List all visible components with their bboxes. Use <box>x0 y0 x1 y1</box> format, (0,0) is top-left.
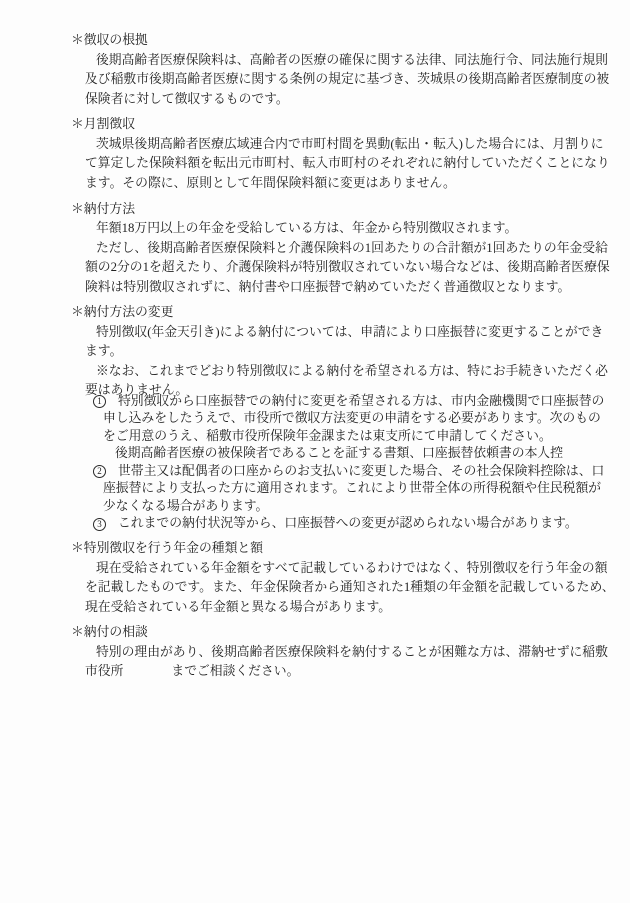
section-title: 特別徴収を行う年金の種類と額 <box>84 541 263 555</box>
line-text: 保険者に対して徴収するものです。 <box>85 92 289 106</box>
section-heading: ＊特別徴収を行う年金の種類と額 <box>71 539 630 559</box>
section-1: ＊徴収の根拠後期高齢者医療保険料は、高齢者の医療の確保に関する法律、同法施行令、… <box>0 31 630 109</box>
line-text-part: までご相談ください。 <box>171 664 299 678</box>
text-line: ます。 <box>85 342 630 362</box>
text-line: 保険者に対して徴収するものです。 <box>85 90 630 110</box>
line-text: 年額18万円以上の年金を受給している方は、年金から特別徴収されます。 <box>96 221 517 235</box>
line-text: 険料は特別徴収されずに、納付書や口座振替で納めていただく普通徴収となります。 <box>85 280 570 294</box>
section-marker: ＊ <box>71 623 84 643</box>
text-line: 年額18万円以上の年金を受給している方は、年金から特別徴収されます。 <box>96 219 630 239</box>
text-line: 2世帯主又は配偶者の口座からのお支払いに変更した場合、その社会保険料控除は、口 <box>93 463 630 481</box>
section-marker: ＊ <box>71 31 84 51</box>
text-line: 特別徴収(年金天引き)による納付については、申請により口座振替に変更することがで… <box>96 323 630 343</box>
text-line: 現在受給されている年金額と異なる場合があります。 <box>85 598 630 618</box>
line-text-part: 市役所 <box>85 664 123 678</box>
blank-space <box>123 674 171 675</box>
text-line: を記載したものです。また、年金保険者から通知された1種類の年金額を記載しているた… <box>85 578 630 598</box>
circled-number: 2 <box>93 465 106 478</box>
text-line: 特別の理由があり、後期高齢者医療保険料を納付することが困難な方は、滞納せずに稲敷 <box>96 643 630 663</box>
section-marker: ＊ <box>71 303 84 323</box>
section-marker: ＊ <box>71 115 84 135</box>
section-title: 徴収の根拠 <box>84 33 148 47</box>
line-text: 特別徴収(年金天引き)による納付については、申請により口座振替に変更することがで… <box>96 325 603 339</box>
section-marker: ＊ <box>71 539 84 559</box>
text-line: 及び稲敷市後期高齢者医療に関する条例の規定に基づき、茨城県の後期高齢者医療制度の… <box>85 70 630 90</box>
text-line: をご用意のうえ、稲敷市役所保険年金課または東支所にて申請してください。 <box>103 428 630 446</box>
text-line: ます。その際に、原則として年間保険料額に変更はありません。 <box>85 174 630 194</box>
section-heading: ＊納付方法の変更 <box>71 303 630 323</box>
line-text: て算定した保険料額を転出元市町村、転入市町村のそれぞれに納付していただくことにな… <box>85 156 610 170</box>
line-text: を記載したものです。また、年金保険者から通知された1種類の年金額を記載しているた… <box>85 580 615 594</box>
text-line: 険料は特別徴収されずに、納付書や口座振替で納めていただく普通徴収となります。 <box>85 278 630 298</box>
section-2: ＊月割徴収茨城県後期高齢者医療広域連合内で市町村間を異動(転出・転入)した場合に… <box>0 115 630 193</box>
line-text: 申し込みをしたうえで、市役所で徴収方法変更の申請をする必要があります。次のもの <box>103 411 601 425</box>
line-text: 後期高齢者医療の被保険者であることを証する書類、口座振替依頼書の本人控 <box>115 446 563 460</box>
circled-number: 1 <box>93 395 106 408</box>
text-line: 座振替により支払った方に適用されます。これにより世帯全体の所得税額や住民税額が <box>103 480 630 498</box>
section-title: 納付方法の変更 <box>84 305 174 319</box>
line-text: 茨城県後期高齢者医療広域連合内で市町村間を異動(転出・転入)した場合には、月割り… <box>96 137 604 151</box>
text-line: 1特別徴収から口座振替での納付に変更を希望される方は、市内金融機関で口座振替の <box>93 393 630 411</box>
section-6: ＊納付の相談特別の理由があり、後期高齢者医療保険料を納付することが困難な方は、滞… <box>0 623 630 682</box>
text-line: 後期高齢者医療保険料は、高齢者の医療の確保に関する法律、同法施行令、同法施行規則 <box>96 51 630 71</box>
line-text: 特別徴収から口座振替での納付に変更を希望される方は、市内金融機関で口座振替の <box>118 394 604 408</box>
line-text: ただし、後期高齢者医療保険料と介護保険料の1回あたりの合計額が1回あたりの年金受… <box>96 241 608 255</box>
text-line: 3これまでの納付状況等から、口座振替への変更が認められない場合があります。 <box>93 515 630 533</box>
line-text: ※なお、これまでどおり特別徴収による納付を希望される方は、特にお手続きいただく必 <box>96 364 608 378</box>
line-text: 少なくなる場合があります。 <box>103 499 268 513</box>
text-line: 後期高齢者医療の被保険者であることを証する書類、口座振替依頼書の本人控 <box>115 445 630 463</box>
section-heading: ＊納付方法 <box>71 200 630 220</box>
section-title: 納付方法 <box>84 202 135 216</box>
text-line: て算定した保険料額を転出元市町村、転入市町村のそれぞれに納付していただくことにな… <box>85 154 630 174</box>
text-line: 茨城県後期高齢者医療広域連合内で市町村間を異動(転出・転入)した場合には、月割り… <box>96 135 630 155</box>
line-text: 現在受給されている年金額をすべて記載しているわけではなく、特別徴収を行う年金の額 <box>96 561 607 575</box>
line-text: 後期高齢者医療保険料は、高齢者の医療の確保に関する法律、同法施行令、同法施行規則 <box>96 53 608 67</box>
section-marker: ＊ <box>71 200 84 220</box>
section-3: ＊納付方法年額18万円以上の年金を受給している方は、年金から特別徴収されます。た… <box>0 200 630 298</box>
line-text: をご用意のうえ、稲敷市役所保険年金課または東支所にて申請してください。 <box>103 429 552 443</box>
line-text: 座振替により支払った方に適用されます。これにより世帯全体の所得税額や住民税額が <box>103 481 601 495</box>
section-heading: ＊月割徴収 <box>71 115 630 135</box>
section-title: 納付の相談 <box>84 625 148 639</box>
section-heading: ＊徴収の根拠 <box>71 31 630 51</box>
section-5: ＊特別徴収を行う年金の種類と額現在受給されている年金額をすべて記載しているわけで… <box>0 539 630 617</box>
text-line: 額の2分の1を超えたり、介護保険料が特別徴収されていない場合などは、後期高齢者医… <box>85 258 630 278</box>
text-line: 少なくなる場合があります。 <box>103 498 630 516</box>
text-line: 市役所までご相談ください。 <box>85 662 630 682</box>
line-text: 特別の理由があり、後期高齢者医療保険料を納付することが困難な方は、滞納せずに稲敷 <box>96 645 608 659</box>
section-4: ＊納付方法の変更特別徴収(年金天引き)による納付については、申請により口座振替に… <box>0 303 630 533</box>
text-line: ※なお、これまでどおり特別徴収による納付を希望される方は、特にお手続きいただく必 <box>96 362 630 382</box>
line-text: ます。 <box>85 344 122 358</box>
circled-number: 3 <box>93 518 106 531</box>
document-page: ＊徴収の根拠後期高齢者医療保険料は、高齢者の医療の確保に関する法律、同法施行令、… <box>0 0 630 903</box>
text-line: 申し込みをしたうえで、市役所で徴収方法変更の申請をする必要があります。次のもの <box>103 410 630 428</box>
section-heading: ＊納付の相談 <box>71 623 630 643</box>
line-text: ます。その際に、原則として年間保険料額に変更はありません。 <box>85 176 456 190</box>
text-line: ただし、後期高齢者医療保険料と介護保険料の1回あたりの合計額が1回あたりの年金受… <box>96 239 630 259</box>
section-title: 月割徴収 <box>84 117 135 131</box>
line-text: これまでの納付状況等から、口座振替への変更が認められない場合があります。 <box>118 516 578 530</box>
text-line: 現在受給されている年金額をすべて記載しているわけではなく、特別徴収を行う年金の額 <box>96 559 630 579</box>
line-text: 額の2分の1を超えたり、介護保険料が特別徴収されていない場合などは、後期高齢者医… <box>85 260 610 274</box>
line-text: 世帯主又は配偶者の口座からのお支払いに変更した場合、その社会保険料控除は、口 <box>118 464 604 478</box>
line-text: 及び稲敷市後期高齢者医療に関する条例の規定に基づき、茨城県の後期高齢者医療制度の… <box>85 72 609 86</box>
line-text: 現在受給されている年金額と異なる場合があります。 <box>85 600 391 614</box>
